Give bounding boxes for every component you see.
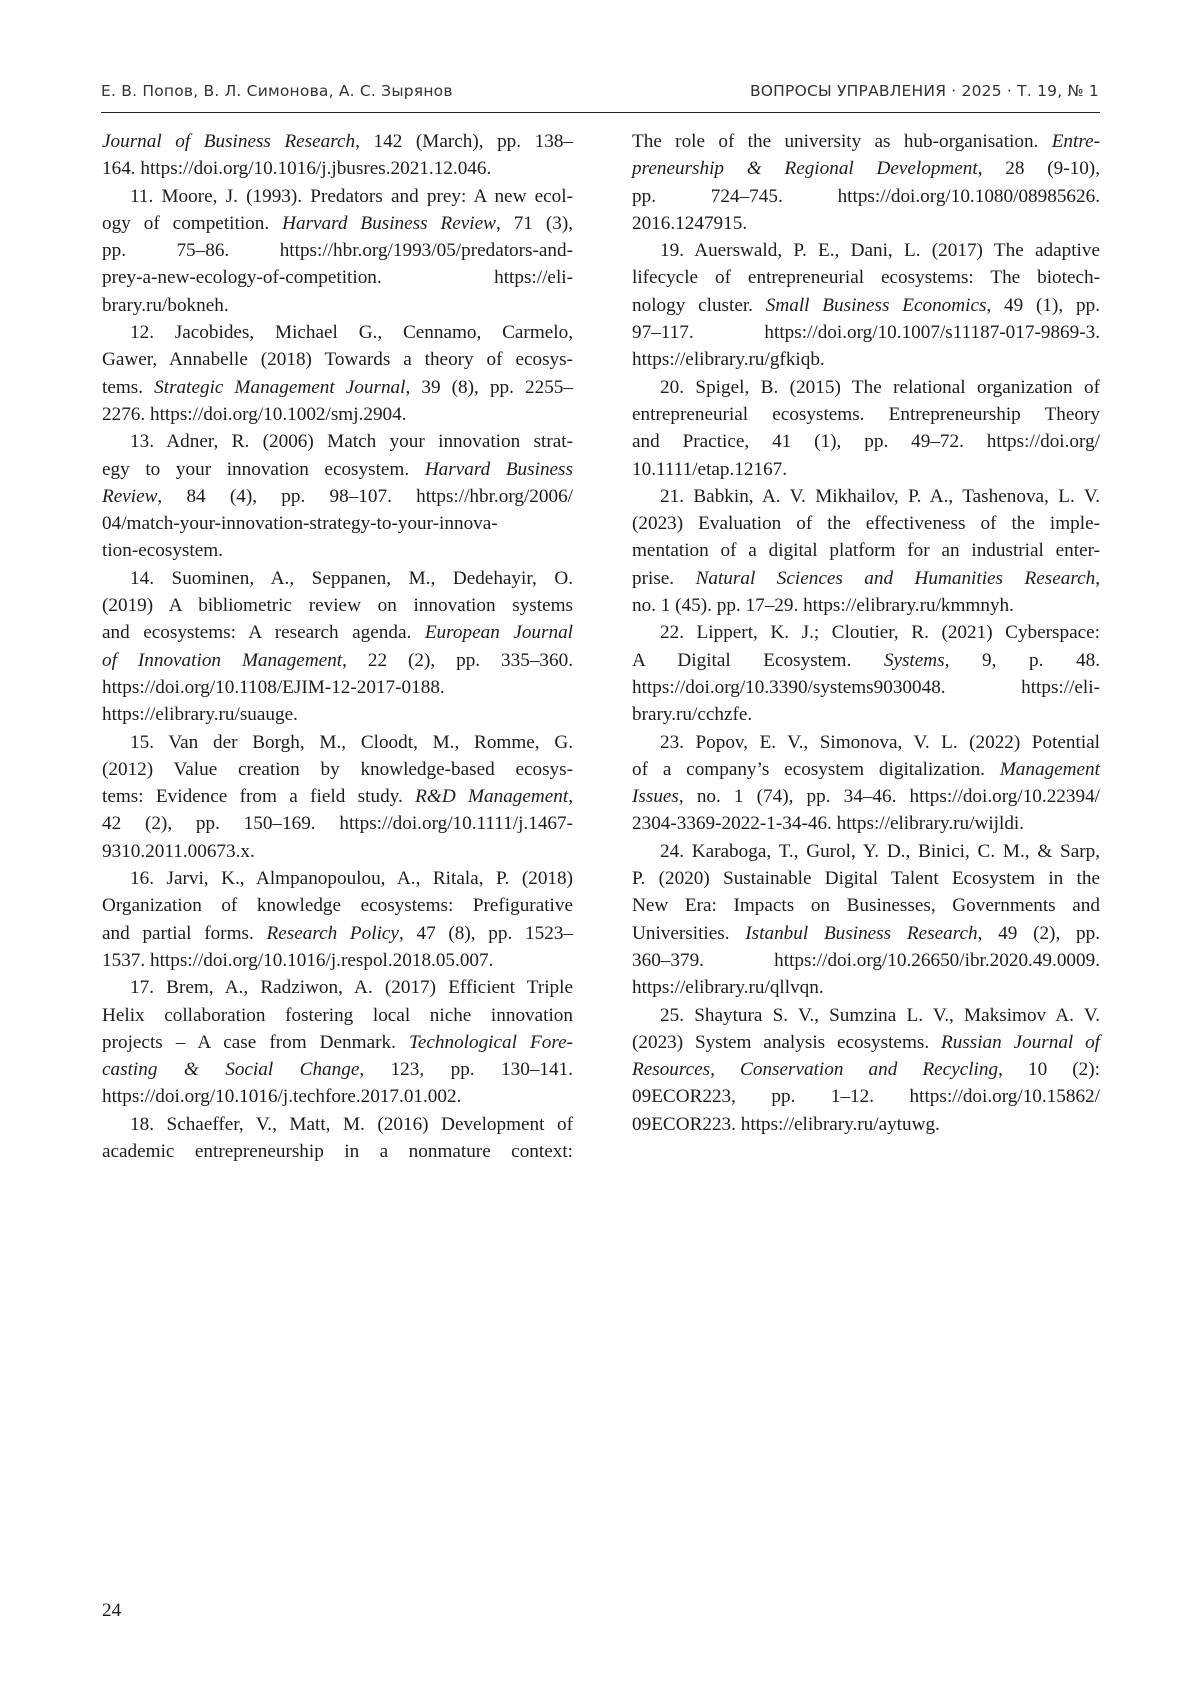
reference-line: 21. Babkin, A. V. Mikhailov, P. A., Tash… xyxy=(632,483,1100,510)
reference-line: Issues, no. 1 (74), pp. 34–46. https://d… xyxy=(632,783,1100,810)
reference-text: 15. Van der Borgh, M., Cloodt, M., Romme… xyxy=(130,732,573,753)
reference-line: 2276. https://doi.org/10.1002/smj.2904. xyxy=(102,401,573,428)
reference-text: (2023) System analysis ecosystems. xyxy=(632,1032,941,1053)
reference-line: prey-a-new-ecology-of-competition. https… xyxy=(102,264,573,291)
reference-text: 24. Karaboga, T., Gurol, Y. D., Binici, … xyxy=(660,841,1100,862)
page-number: 24 xyxy=(102,1600,121,1622)
reference-line: brary.ru/cchzfe. xyxy=(632,701,1100,728)
reference-line: prise. Natural Sciences and Humanities R… xyxy=(632,565,1100,592)
reference-text: entrepreneurial ecosystems. Entrepreneur… xyxy=(632,404,1100,425)
reference-entry-18: 18. Schaeffer, V., Matt, M. (2016) Devel… xyxy=(102,1111,573,1166)
reference-text: and partial forms. xyxy=(102,923,267,944)
journal-title: Review xyxy=(102,486,157,507)
reference-text: brary.ru/cchzfe. xyxy=(632,704,752,725)
reference-line: 25. Shaytura S. V., Sumzina L. V., Maksi… xyxy=(632,1002,1100,1029)
reference-line: 360–379. https://doi.org/10.26650/ibr.20… xyxy=(632,947,1100,974)
reference-text: academic entrepreneurship in a nonmature… xyxy=(102,1141,573,1162)
reference-line: Journal of Business Research, 142 (March… xyxy=(102,128,573,155)
reference-line: entrepreneurial ecosystems. Entrepreneur… xyxy=(632,401,1100,428)
reference-text: 17. Brem, A., Radziwon, A. (2017) Effici… xyxy=(130,977,573,998)
reference-text: , no. 1 (74), pp. 34–46. https://doi.org… xyxy=(679,786,1100,807)
journal-title: Issues xyxy=(632,786,679,807)
reference-line: 14. Suominen, A., Seppanen, M., Dedehayi… xyxy=(102,565,573,592)
reference-text: The role of the university as hub-organi… xyxy=(632,131,1052,152)
reference-entry-19: 19. Auerswald, P. E., Dani, L. (2017) Th… xyxy=(632,237,1100,373)
reference-line: 09ECOR223, pp. 1–12. https://doi.org/10.… xyxy=(632,1083,1100,1110)
reference-text: 19. Auerswald, P. E., Dani, L. (2017) Th… xyxy=(660,240,1100,261)
reference-line: https://doi.org/10.3390/systems9030048. … xyxy=(632,674,1100,701)
reference-text: 2276. https://doi.org/10.1002/smj.2904. xyxy=(102,404,407,425)
journal-title: Management xyxy=(1000,759,1100,780)
reference-text: , 123, pp. 130–141. xyxy=(359,1059,573,1080)
reference-text: tems. xyxy=(102,377,154,398)
reference-line: tems: Evidence from a field study. R&D M… xyxy=(102,783,573,810)
reference-text: tion-ecosystem. xyxy=(102,540,223,561)
reference-line: 15. Van der Borgh, M., Cloodt, M., Romme… xyxy=(102,729,573,756)
reference-line: New Era: Impacts on Businesses, Governme… xyxy=(632,892,1100,919)
reference-line: 164. https://doi.org/10.1016/j.jbusres.2… xyxy=(102,155,573,182)
reference-line: (2023) System analysis ecosystems. Russi… xyxy=(632,1029,1100,1056)
journal-title: European Journal xyxy=(425,622,573,643)
reference-text: , 49 (2), pp. xyxy=(978,923,1100,944)
reference-text: 16. Jarvi, K., Almpanopoulou, A., Ritala… xyxy=(130,868,573,889)
reference-line: pp. 75–86. https://hbr.org/1993/05/preda… xyxy=(102,237,573,264)
reference-text: 12. Jacobides, Michael G., Cennamo, Carm… xyxy=(130,322,573,343)
reference-text: https://elibrary.ru/suauge. xyxy=(102,704,298,725)
reference-text: projects – A case from Denmark. xyxy=(102,1032,409,1053)
reference-line: The role of the university as hub-organi… xyxy=(632,128,1100,155)
reference-text: https://doi.org/10.1108/EJIM-12-2017-018… xyxy=(102,677,445,698)
reference-entry-10-cont: Journal of Business Research, 142 (March… xyxy=(102,128,573,183)
reference-text: 360–379. https://doi.org/10.26650/ibr.20… xyxy=(632,950,1100,971)
reference-text: lifecycle of entrepreneurial ecosystems:… xyxy=(632,267,1100,288)
reference-entry-17: 17. Brem, A., Radziwon, A. (2017) Effici… xyxy=(102,974,573,1110)
reference-text: 13. Adner, R. (2006) Match your innovati… xyxy=(130,431,573,452)
reference-line: lifecycle of entrepreneurial ecosystems:… xyxy=(632,264,1100,291)
reference-text: https://doi.org/10.3390/systems9030048. … xyxy=(632,677,1100,698)
reference-text: , 9, p. 48. xyxy=(945,650,1100,671)
reference-entry-13: 13. Adner, R. (2006) Match your innovati… xyxy=(102,428,573,564)
reference-line: 17. Brem, A., Radziwon, A. (2017) Effici… xyxy=(102,974,573,1001)
reference-line: 04/match-your-innovation-strategy-to-you… xyxy=(102,510,573,537)
reference-text: prey-a-new-ecology-of-competition. https… xyxy=(102,267,573,288)
reference-line: of a company’s ecosystem digitalization.… xyxy=(632,756,1100,783)
reference-text: New Era: Impacts on Businesses, Governme… xyxy=(632,895,1100,916)
reference-line: casting & Social Change, 123, pp. 130–14… xyxy=(102,1056,573,1083)
journal-title: Harvard Business Review xyxy=(282,213,496,234)
reference-line: https://elibrary.ru/gfkiqb. xyxy=(632,346,1100,373)
journal-title: Technological Fore- xyxy=(409,1032,573,1053)
reference-line: mentation of a digital platform for an i… xyxy=(632,537,1100,564)
reference-text: 20. Spigel, B. (2015) The relational org… xyxy=(660,377,1100,398)
reference-line: 23. Popov, E. V., Simonova, V. L. (2022)… xyxy=(632,729,1100,756)
reference-line: no. 1 (45). pp. 17–29. https://elibrary.… xyxy=(632,592,1100,619)
reference-text: , 28 (9-10), xyxy=(978,158,1100,179)
reference-text: of a company’s ecosystem digitalization. xyxy=(632,759,1000,780)
reference-line: tems. Strategic Management Journal, 39 (… xyxy=(102,374,573,401)
journal-title: Systems xyxy=(884,650,945,671)
journal-title: casting & Social Change xyxy=(102,1059,359,1080)
reference-entry-21: 21. Babkin, A. V. Mikhailov, P. A., Tash… xyxy=(632,483,1100,619)
reference-line: and partial forms. Research Policy, 47 (… xyxy=(102,920,573,947)
reference-line: nology cluster. Small Business Economics… xyxy=(632,292,1100,319)
journal-title: Harvard Business xyxy=(425,459,573,480)
reference-text: https://elibrary.ru/qllvqn. xyxy=(632,977,824,998)
reference-line: 2304-3369-2022-1-34-46. https://elibrary… xyxy=(632,810,1100,837)
reference-entry-16: 16. Jarvi, K., Almpanopoulou, A., Ritala… xyxy=(102,865,573,974)
header-rule xyxy=(101,112,1100,113)
reference-line: 13. Adner, R. (2006) Match your innovati… xyxy=(102,428,573,455)
reference-line: https://doi.org/10.1016/j.techfore.2017.… xyxy=(102,1083,573,1110)
reference-entry-25: 25. Shaytura S. V., Sumzina L. V., Maksi… xyxy=(632,1002,1100,1138)
reference-text: Gawer, Annabelle (2018) Towards a theory… xyxy=(102,349,573,370)
reference-line: and ecosystems: A research agenda. Europ… xyxy=(102,619,573,646)
reference-entry-18-cont: The role of the university as hub-organi… xyxy=(632,128,1100,237)
reference-text: 22. Lippert, K. J.; Cloutier, R. (2021) … xyxy=(660,622,1100,643)
reference-text: 09ECOR223. https://elibrary.ru/aytuwg. xyxy=(632,1114,940,1135)
reference-line: 1537. https://doi.org/10.1016/j.respol.2… xyxy=(102,947,573,974)
reference-line: Review, 84 (4), pp. 98–107. https://hbr.… xyxy=(102,483,573,510)
reference-text: pp. 75–86. https://hbr.org/1993/05/preda… xyxy=(102,240,573,261)
reference-text: Organization of knowledge ecosystems: Pr… xyxy=(102,895,573,916)
reference-text: (2019) A bibliometric review on innovati… xyxy=(102,595,573,616)
reference-line: 20. Spigel, B. (2015) The relational org… xyxy=(632,374,1100,401)
journal-title: of Innovation Management xyxy=(102,650,342,671)
reference-text: 11. Moore, J. (1993). Predators and prey… xyxy=(130,186,573,207)
reference-text: (2023) Evaluation of the effectiveness o… xyxy=(632,513,1100,534)
reference-line: 22. Lippert, K. J.; Cloutier, R. (2021) … xyxy=(632,619,1100,646)
reference-entry-11: 11. Moore, J. (1993). Predators and prey… xyxy=(102,183,573,319)
reference-line: (2019) A bibliometric review on innovati… xyxy=(102,592,573,619)
reference-text: , xyxy=(568,786,573,807)
journal-title: Research Policy xyxy=(267,923,399,944)
reference-text: 25. Shaytura S. V., Sumzina L. V., Maksi… xyxy=(660,1005,1100,1026)
reference-line: Universities. Istanbul Business Research… xyxy=(632,920,1100,947)
reference-text: prise. xyxy=(632,568,696,589)
reference-line: https://elibrary.ru/suauge. xyxy=(102,701,573,728)
reference-line: projects – A case from Denmark. Technolo… xyxy=(102,1029,573,1056)
reference-text: 23. Popov, E. V., Simonova, V. L. (2022)… xyxy=(660,732,1100,753)
reference-text: 14. Suominen, A., Seppanen, M., Dedehayi… xyxy=(130,568,573,589)
reference-text: 9310.2011.00673.x. xyxy=(102,841,255,862)
reference-text: 09ECOR223, pp. 1–12. https://doi.org/10.… xyxy=(632,1086,1100,1107)
reference-text: 04/match-your-innovation-strategy-to-you… xyxy=(102,513,498,534)
reference-text: and Practice, 41 (1), pp. 49–72. https:/… xyxy=(632,431,1100,452)
journal-title: R&D Management xyxy=(415,786,568,807)
reference-line: (2012) Value creation by knowledge-based… xyxy=(102,756,573,783)
reference-text: (2012) Value creation by knowledge-based… xyxy=(102,759,573,780)
reference-line: and Practice, 41 (1), pp. 49–72. https:/… xyxy=(632,428,1100,455)
reference-line: P. (2020) Sustainable Digital Talent Eco… xyxy=(632,865,1100,892)
reference-text: , xyxy=(1095,568,1100,589)
reference-text: no. 1 (45). pp. 17–29. https://elibrary.… xyxy=(632,595,1014,616)
reference-line: 97–117. https://doi.org/10.1007/s11187-0… xyxy=(632,319,1100,346)
reference-line: 18. Schaeffer, V., Matt, M. (2016) Devel… xyxy=(102,1111,573,1138)
reference-line: Resources, Conservation and Recycling, 1… xyxy=(632,1056,1100,1083)
reference-line: pp. 724–745. https://doi.org/10.1080/089… xyxy=(632,183,1100,210)
reference-text: 2016.1247915. xyxy=(632,213,747,234)
reference-line: (2023) Evaluation of the effectiveness o… xyxy=(632,510,1100,537)
reference-text: and ecosystems: A research agenda. xyxy=(102,622,425,643)
reference-text: , 47 (8), pp. 1523– xyxy=(399,923,573,944)
reference-line: 10.1111/etap.12167. xyxy=(632,456,1100,483)
reference-line: 12. Jacobides, Michael G., Cennamo, Carm… xyxy=(102,319,573,346)
journal-title: Istanbul Business Research xyxy=(745,923,977,944)
reference-text: 21. Babkin, A. V. Mikhailov, P. A., Tash… xyxy=(660,486,1100,507)
reference-line: 09ECOR223. https://elibrary.ru/aytuwg. xyxy=(632,1111,1100,1138)
reference-text: 97–117. https://doi.org/10.1007/s11187-0… xyxy=(632,322,1100,343)
reference-line: of Innovation Management, 22 (2), pp. 33… xyxy=(102,647,573,674)
reference-text: , 71 (3), xyxy=(496,213,573,234)
reference-entry-24: 24. Karaboga, T., Gurol, Y. D., Binici, … xyxy=(632,838,1100,1002)
reference-text: pp. 724–745. https://doi.org/10.1080/089… xyxy=(632,186,1100,207)
reference-line: tion-ecosystem. xyxy=(102,537,573,564)
reference-entry-20: 20. Spigel, B. (2015) The relational org… xyxy=(632,374,1100,483)
journal-title: Journal of Business Research xyxy=(102,131,355,152)
reference-text: egy to your innovation ecosystem. xyxy=(102,459,425,480)
reference-line: academic entrepreneurship in a nonmature… xyxy=(102,1138,573,1165)
reference-text: 2304-3369-2022-1-34-46. https://elibrary… xyxy=(632,813,1024,834)
reference-text: , 142 (March), pp. 138– xyxy=(355,131,573,152)
reference-line: Organization of knowledge ecosystems: Pr… xyxy=(102,892,573,919)
reference-entry-15: 15. Van der Borgh, M., Cloodt, M., Romme… xyxy=(102,729,573,865)
reference-line: 42 (2), pp. 150–169. https://doi.org/10.… xyxy=(102,810,573,837)
reference-text: , 22 (2), pp. 335–360. xyxy=(342,650,573,671)
reference-text: , 39 (8), pp. 2255– xyxy=(405,377,573,398)
reference-text: tems: Evidence from a field study. xyxy=(102,786,415,807)
reference-entry-23: 23. Popov, E. V., Simonova, V. L. (2022)… xyxy=(632,729,1100,838)
running-head: Е. В. Попов, В. Л. Симонова, А. С. Зырян… xyxy=(101,82,1099,106)
reference-text: 1537. https://doi.org/10.1016/j.respol.2… xyxy=(102,950,493,971)
reference-entry-12: 12. Jacobides, Michael G., Cennamo, Carm… xyxy=(102,319,573,428)
journal-title: preneurship & Regional Development xyxy=(632,158,978,179)
reference-text: 164. https://doi.org/10.1016/j.jbusres.2… xyxy=(102,158,491,179)
reference-line: https://doi.org/10.1108/EJIM-12-2017-018… xyxy=(102,674,573,701)
reference-text: nology cluster. xyxy=(632,295,766,316)
references-column-left: Journal of Business Research, 142 (March… xyxy=(102,128,573,1165)
references-column-right: The role of the university as hub-organi… xyxy=(632,128,1100,1138)
reference-line: Gawer, Annabelle (2018) Towards a theory… xyxy=(102,346,573,373)
reference-line: https://elibrary.ru/qllvqn. xyxy=(632,974,1100,1001)
reference-text: 10.1111/etap.12167. xyxy=(632,459,787,480)
journal-title: Strategic Management Journal xyxy=(154,377,405,398)
reference-text: brary.ru/bokneh. xyxy=(102,295,229,316)
reference-line: 11. Moore, J. (1993). Predators and prey… xyxy=(102,183,573,210)
reference-line: 19. Auerswald, P. E., Dani, L. (2017) Th… xyxy=(632,237,1100,264)
reference-text: mentation of a digital platform for an i… xyxy=(632,540,1100,561)
reference-line: A Digital Ecosystem. Systems, 9, p. 48. xyxy=(632,647,1100,674)
reference-text: ogy of competition. xyxy=(102,213,282,234)
reference-line: 16. Jarvi, K., Almpanopoulou, A., Ritala… xyxy=(102,865,573,892)
reference-text: A Digital Ecosystem. xyxy=(632,650,884,671)
reference-text: https://elibrary.ru/gfkiqb. xyxy=(632,349,825,370)
reference-line: brary.ru/bokneh. xyxy=(102,292,573,319)
reference-text: , 10 (2): xyxy=(998,1059,1100,1080)
journal-title: Natural Sciences and Humanities Research xyxy=(696,568,1096,589)
running-head-journal: ВОПРОСЫ УПРАВЛЕНИЯ · 2025 · Т. 19, № 1 xyxy=(750,82,1099,100)
reference-text: P. (2020) Sustainable Digital Talent Eco… xyxy=(632,868,1100,889)
reference-line: 24. Karaboga, T., Gurol, Y. D., Binici, … xyxy=(632,838,1100,865)
reference-line: egy to your innovation ecosystem. Harvar… xyxy=(102,456,573,483)
reference-line: preneurship & Regional Development, 28 (… xyxy=(632,155,1100,182)
reference-text: https://doi.org/10.1016/j.techfore.2017.… xyxy=(102,1086,461,1107)
journal-title: Russian Journal of xyxy=(941,1032,1100,1053)
reference-text: 18. Schaeffer, V., Matt, M. (2016) Devel… xyxy=(130,1114,573,1135)
journal-title: Entre- xyxy=(1052,131,1100,152)
journal-title: Resources, Conservation and Recycling xyxy=(632,1059,998,1080)
reference-line: 9310.2011.00673.x. xyxy=(102,838,573,865)
reference-line: 2016.1247915. xyxy=(632,210,1100,237)
reference-line: ogy of competition. Harvard Business Rev… xyxy=(102,210,573,237)
reference-text: Universities. xyxy=(632,923,745,944)
reference-text: , 49 (1), pp. xyxy=(986,295,1100,316)
running-head-authors: Е. В. Попов, В. Л. Симонова, А. С. Зырян… xyxy=(101,82,453,100)
reference-entry-14: 14. Suominen, A., Seppanen, M., Dedehayi… xyxy=(102,565,573,729)
reference-line: Helix collaboration fostering local nich… xyxy=(102,1002,573,1029)
reference-text: , 84 (4), pp. 98–107. https://hbr.org/20… xyxy=(157,486,573,507)
journal-title: Small Business Economics xyxy=(766,295,987,316)
reference-entry-22: 22. Lippert, K. J.; Cloutier, R. (2021) … xyxy=(632,619,1100,728)
reference-text: Helix collaboration fostering local nich… xyxy=(102,1005,573,1026)
reference-text: 42 (2), pp. 150–169. https://doi.org/10.… xyxy=(102,813,573,834)
